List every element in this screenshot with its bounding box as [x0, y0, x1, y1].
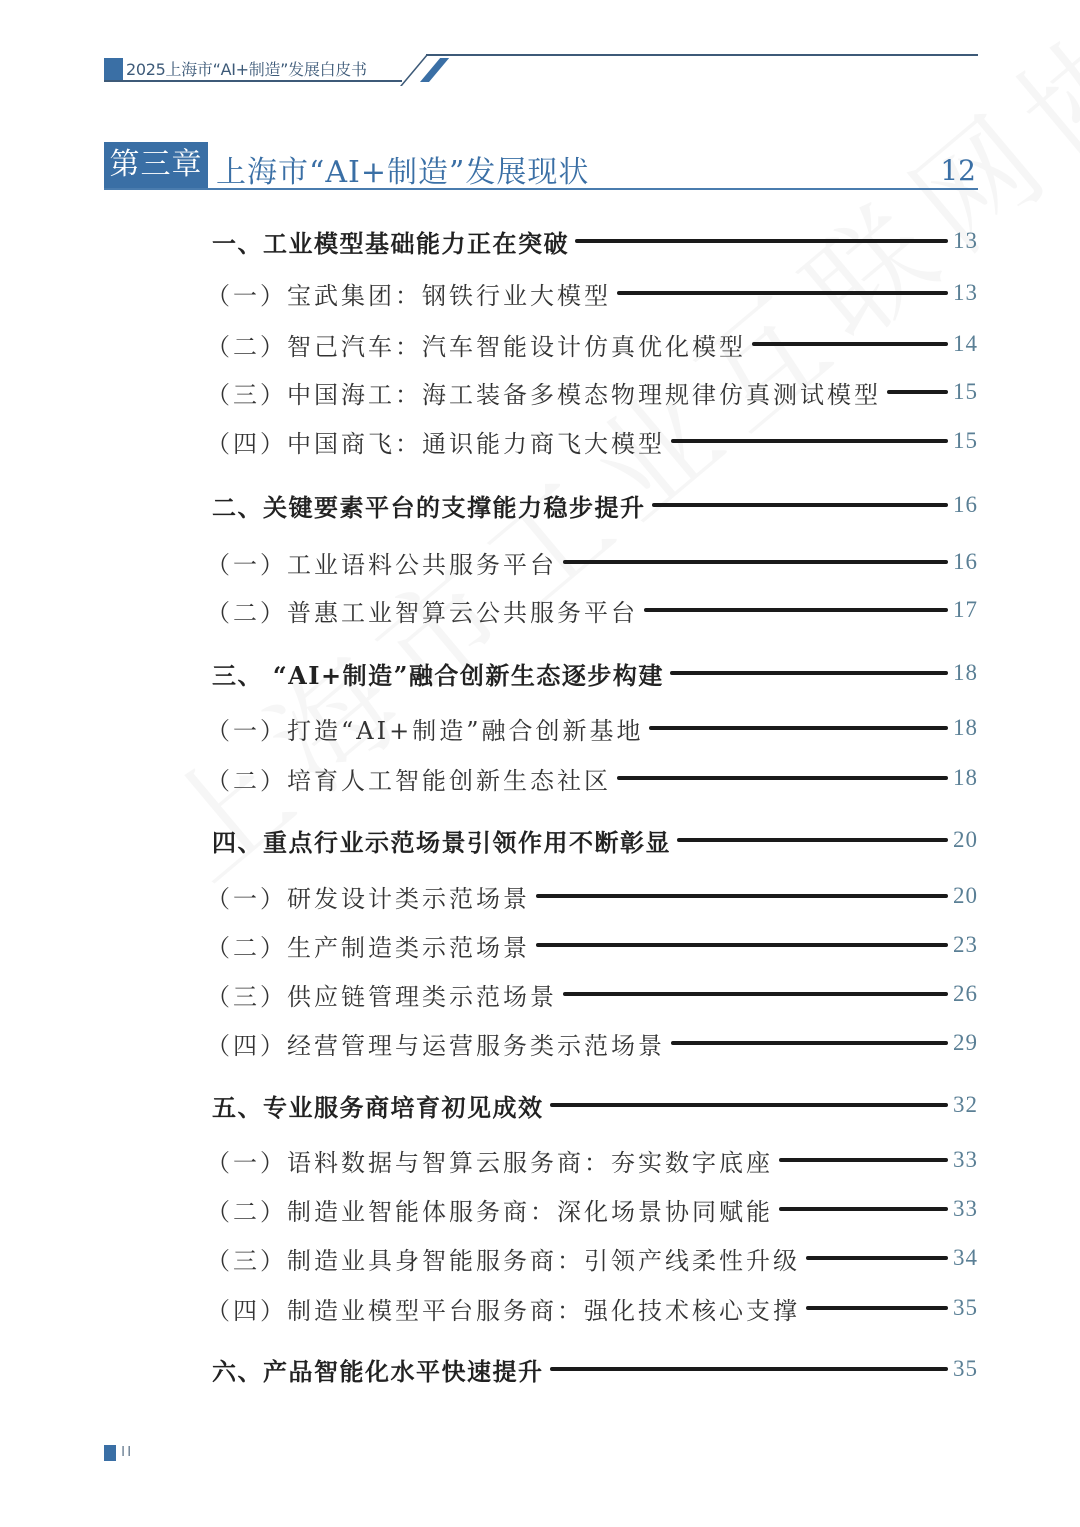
toc-entry-label: （一）工业语料公共服务平台 — [206, 545, 557, 580]
toc-subsection-entry[interactable]: （三）中国海工：海工装备多模态物理规律仿真测试模型15 — [206, 375, 978, 409]
page-header: 2025上海市“AI+制造”发展白皮书 — [104, 54, 978, 84]
toc-page-number: 29 — [950, 1030, 978, 1056]
toc-leader-line — [617, 291, 948, 295]
toc-page-number: 26 — [950, 981, 978, 1007]
toc-entry-label: （一）宝武集团：钢铁行业大模型 — [206, 276, 611, 311]
toc-subsection-entry[interactable]: （一）语料数据与智算云服务商：夯实数字底座33 — [206, 1143, 978, 1177]
toc-page-number: 13 — [950, 280, 978, 306]
toc-entry-label: 四、重点行业示范场景引领作用不断彰显 — [206, 823, 671, 858]
toc-leader-line — [536, 894, 948, 898]
toc-page-number: 23 — [950, 932, 978, 958]
toc-entry-label: 五、专业服务商培育初见成效 — [206, 1088, 544, 1123]
header-slash-stripe — [420, 58, 449, 82]
toc-leader-line — [779, 1207, 948, 1211]
toc-page-number: 33 — [950, 1196, 978, 1222]
toc-entry-label: （二）生产制造类示范场景 — [206, 928, 530, 963]
toc-leader-line — [671, 1041, 948, 1045]
toc-page-number: 32 — [950, 1092, 978, 1118]
toc-entry-label: 一、工业模型基础能力正在突破 — [206, 224, 569, 259]
toc-leader-line — [644, 608, 948, 612]
toc-leader-line — [779, 1158, 948, 1162]
toc-entry-label: （四）中国商飞：通识能力商飞大模型 — [206, 424, 665, 459]
toc-entry-label: （二）培育人工智能创新生态社区 — [206, 761, 611, 796]
toc-entry-label: 二、关键要素平台的支撑能力稳步提升 — [206, 488, 646, 523]
toc-leader-line — [806, 1306, 948, 1310]
toc-subsection-entry[interactable]: （四）经营管理与运营服务类示范场景29 — [206, 1026, 978, 1060]
toc-leader-line — [550, 1367, 949, 1371]
toc-page-number: 13 — [950, 228, 978, 254]
toc-page-number: 35 — [950, 1356, 978, 1382]
toc-subsection-entry[interactable]: （四）中国商飞：通识能力商飞大模型15 — [206, 424, 978, 458]
toc-subsection-entry[interactable]: （四）制造业模型平台服务商：强化技术核心支撑35 — [206, 1291, 978, 1325]
toc-leader-line — [617, 776, 948, 780]
toc-page-number: 14 — [950, 331, 978, 357]
footer-accent-block — [104, 1445, 116, 1461]
toc-leader-line — [670, 671, 948, 675]
toc-page-number: 20 — [950, 883, 978, 909]
toc-section-entry[interactable]: 六、产品智能化水平快速提升35 — [206, 1352, 978, 1386]
chapter-title: 上海市“AI+制造”发展现状 — [216, 147, 589, 191]
toc-entry-label: （一）研发设计类示范场景 — [206, 879, 530, 914]
toc-subsection-entry[interactable]: （一）打造“AI+制造”融合创新基地18 — [206, 711, 978, 745]
toc-page-number: 16 — [950, 492, 978, 518]
toc-subsection-entry[interactable]: （二）普惠工业智算云公共服务平台17 — [206, 593, 978, 627]
toc-entry-label: （二）智己汽车：汽车智能设计仿真优化模型 — [206, 327, 746, 362]
toc-page-number: 35 — [950, 1295, 978, 1321]
toc-page-number: 18 — [950, 660, 978, 686]
toc-leader-line — [575, 239, 948, 243]
toc-entry-label: （三）中国海工：海工装备多模态物理规律仿真测试模型 — [206, 375, 881, 410]
document-title: 2025上海市“AI+制造”发展白皮书 — [126, 57, 367, 80]
chapter-label: 第三章 — [104, 142, 208, 188]
header-accent-block — [104, 58, 123, 80]
toc-page-number: 16 — [950, 549, 978, 575]
toc-entry-label: （一）语料数据与智算云服务商：夯实数字底座 — [206, 1143, 773, 1178]
toc-page-number: 18 — [950, 765, 978, 791]
toc-leader-line — [752, 342, 948, 346]
toc-leader-line — [677, 838, 948, 842]
toc-leader-line — [671, 439, 948, 443]
toc-page-number: 15 — [950, 428, 978, 454]
toc-entry-label: （二）普惠工业智算云公共服务平台 — [206, 593, 638, 628]
toc-subsection-entry[interactable]: （二）培育人工智能创新生态社区18 — [206, 761, 978, 795]
toc-entry-label: （一）打造“AI+制造”融合创新基地 — [206, 711, 643, 746]
toc-leader-line — [563, 560, 948, 564]
toc-subsection-entry[interactable]: （三）制造业具身智能服务商：引领产线柔性升级34 — [206, 1241, 978, 1275]
toc-subsection-entry[interactable]: （一）工业语料公共服务平台16 — [206, 545, 978, 579]
toc-leader-line — [652, 503, 949, 507]
toc-subsection-entry[interactable]: （一）研发设计类示范场景20 — [206, 879, 978, 913]
header-underline — [104, 80, 402, 82]
toc-subsection-entry[interactable]: （一）宝武集团：钢铁行业大模型13 — [206, 276, 978, 310]
toc-page-number: 15 — [950, 379, 978, 405]
toc-page-number: 34 — [950, 1245, 978, 1271]
toc-page-number: 20 — [950, 827, 978, 853]
toc-leader-line — [806, 1256, 948, 1260]
toc-subsection-entry[interactable]: （二）生产制造类示范场景23 — [206, 928, 978, 962]
toc-subsection-entry[interactable]: （二）智己汽车：汽车智能设计仿真优化模型14 — [206, 327, 978, 361]
chapter-page-number: 12 — [940, 154, 976, 187]
toc-leader-line — [649, 726, 948, 730]
toc-leader-line — [887, 390, 948, 394]
chapter-underline — [104, 188, 978, 190]
toc-leader-line — [563, 992, 948, 996]
header-rule — [426, 54, 978, 56]
toc-subsection-entry[interactable]: （三）供应链管理类示范场景26 — [206, 977, 978, 1011]
toc-page-number: 18 — [950, 715, 978, 741]
toc-entry-label: （二）制造业智能体服务商：深化场景协同赋能 — [206, 1192, 773, 1227]
toc-section-entry[interactable]: 一、工业模型基础能力正在突破13 — [206, 224, 978, 258]
toc-page-number: 33 — [950, 1147, 978, 1173]
toc-entry-label: （四）制造业模型平台服务商：强化技术核心支撑 — [206, 1291, 800, 1326]
toc-section-entry[interactable]: 三、 “AI+制造”融合创新生态逐步构建18 — [206, 656, 978, 690]
toc-section-entry[interactable]: 四、重点行业示范场景引领作用不断彰显20 — [206, 823, 978, 857]
toc-leader-line — [536, 943, 948, 947]
toc-entry-label: （三）供应链管理类示范场景 — [206, 977, 557, 1012]
chapter-heading[interactable]: 第三章 上海市“AI+制造”发展现状 12 — [104, 142, 978, 190]
toc-entry-label: 三、 “AI+制造”融合创新生态逐步构建 — [206, 656, 664, 691]
toc-entry-label: （四）经营管理与运营服务类示范场景 — [206, 1026, 665, 1061]
toc-entry-label: （三）制造业具身智能服务商：引领产线柔性升级 — [206, 1241, 800, 1276]
footer-page-number: II — [121, 1443, 133, 1460]
toc-leader-line — [550, 1103, 949, 1107]
toc-page-number: 17 — [950, 597, 978, 623]
toc-subsection-entry[interactable]: （二）制造业智能体服务商：深化场景协同赋能33 — [206, 1192, 978, 1226]
toc-entry-label: 六、产品智能化水平快速提升 — [206, 1352, 544, 1387]
toc-section-entry[interactable]: 五、专业服务商培育初见成效32 — [206, 1088, 978, 1122]
toc-section-entry[interactable]: 二、关键要素平台的支撑能力稳步提升16 — [206, 488, 978, 522]
